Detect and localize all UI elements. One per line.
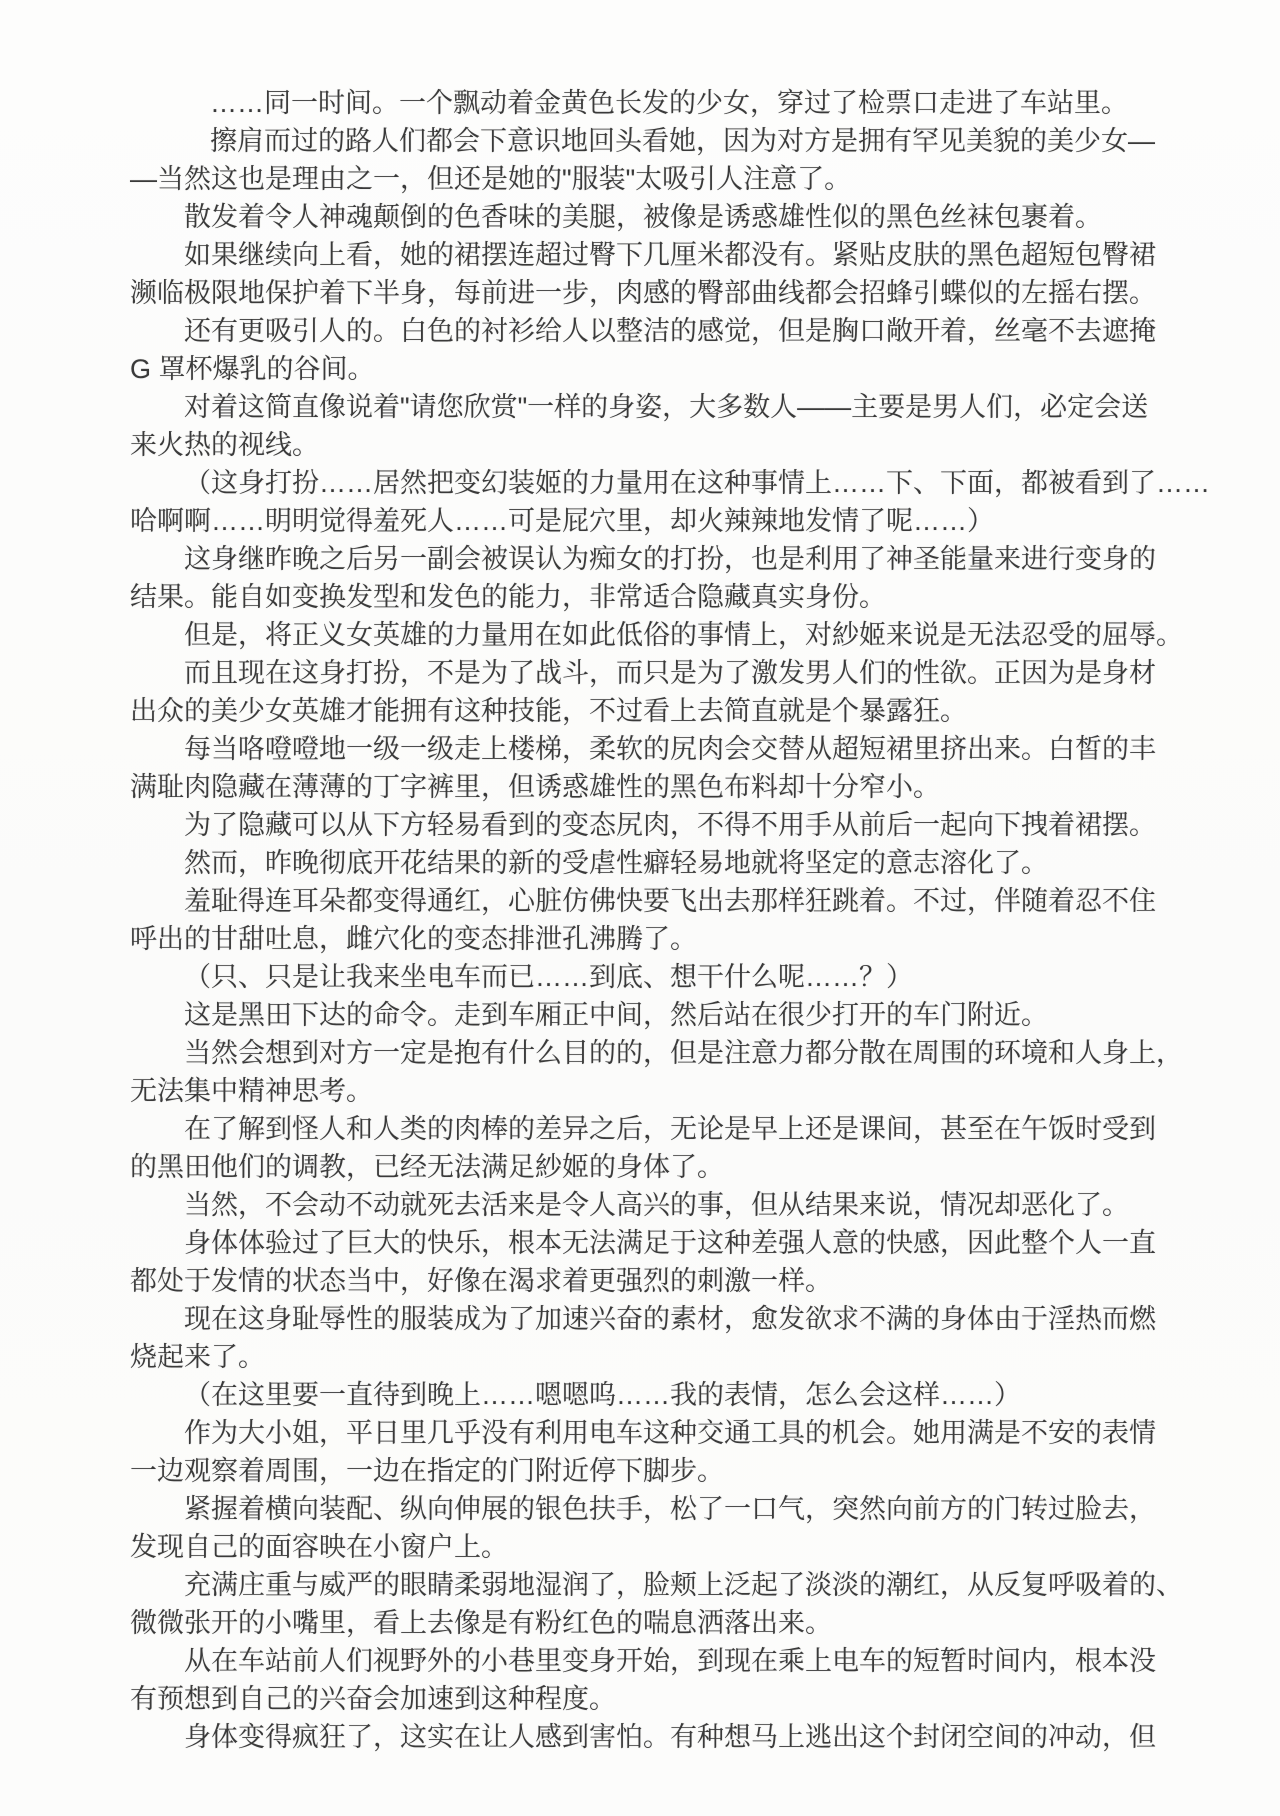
text-line: 这是黑田下达的命令。走到车厢正中间，然后站在很少打开的车门附近。	[130, 996, 1170, 1034]
text-line: 当然，不会动不动就死去活来是令人高兴的事，但从结果来说，情况却恶化了。	[130, 1186, 1170, 1224]
text-line: 哈啊啊……明明觉得羞死人……可是屁穴里，却火辣辣地发情了呢……）	[130, 502, 1170, 540]
text-line: （只、只是让我来坐电车而已……到底、想干什么呢……？）	[130, 958, 1170, 996]
text-line: G 罩杯爆乳的谷间。	[130, 350, 1170, 388]
text-line: 作为大小姐，平日里几乎没有利用电车这种交通工具的机会。她用满是不安的表情	[130, 1414, 1170, 1452]
text-line: ……同一时间。一个飘动着金黄色长发的少女，穿过了检票口走进了车站里。	[130, 84, 1170, 122]
text-line: 如果继续向上看，她的裙摆连超过臀下几厘米都没有。紧贴皮肤的黑色超短包臀裙	[130, 236, 1170, 274]
novel-page: ……同一时间。一个飘动着金黄色长发的少女，穿过了检票口走进了车站里。擦肩而过的路…	[0, 0, 1280, 1816]
text-line: 还有更吸引人的。白色的衬衫给人以整洁的感觉，但是胸口敞开着，丝毫不去遮掩	[130, 312, 1170, 350]
text-line: 发现自己的面容映在小窗户上。	[130, 1528, 1170, 1566]
text-line: —当然这也是理由之一，但还是她的"服装"太吸引人注意了。	[130, 160, 1170, 198]
text-line: 而且现在这身打扮，不是为了战斗，而只是为了激发男人们的性欲。正因为是身材	[130, 654, 1170, 692]
text-line: 在了解到怪人和人类的肉棒的差异之后，无论是早上还是课间，甚至在午饭时受到	[130, 1110, 1170, 1148]
text-line: 紧握着横向装配、纵向伸展的银色扶手，松了一口气，突然向前方的门转过脸去，	[130, 1490, 1170, 1528]
text-line: 呼出的甘甜吐息，雌穴化的变态排泄孔沸腾了。	[130, 920, 1170, 958]
text-line: 濒临极限地保护着下半身，每前进一步，肉感的臀部曲线都会招蜂引蝶似的左摇右摆。	[130, 274, 1170, 312]
text-line: 从在车站前人们视野外的小巷里变身开始，到现在乘上电车的短暂时间内，根本没	[130, 1642, 1170, 1680]
text-line: 微微张开的小嘴里，看上去像是有粉红色的喘息洒落出来。	[130, 1604, 1170, 1642]
text-line: 一边观察着周围，一边在指定的门附近停下脚步。	[130, 1452, 1170, 1490]
text-line: 满耻肉隐藏在薄薄的丁字裤里，但诱惑雄性的黑色布料却十分窄小。	[130, 768, 1170, 806]
text-line: 每当咯噔噔地一级一级走上楼梯，柔软的尻肉会交替从超短裙里挤出来。白皙的丰	[130, 730, 1170, 768]
text-line: 来火热的视线。	[130, 426, 1170, 464]
text-line: 结果。能自如变换发型和发色的能力，非常适合隐藏真实身份。	[130, 578, 1170, 616]
text-line: 然而，昨晚彻底开花结果的新的受虐性癖轻易地就将坚定的意志溶化了。	[130, 844, 1170, 882]
novel-text-block: ……同一时间。一个飘动着金黄色长发的少女，穿过了检票口走进了车站里。擦肩而过的路…	[130, 84, 1170, 1756]
text-line: 烧起来了。	[130, 1338, 1170, 1376]
text-line: 但是，将正义女英雄的力量用在如此低俗的事情上，对紗姬来说是无法忍受的屈辱。	[130, 616, 1170, 654]
text-line: 这身继昨晚之后另一副会被误认为痴女的打扮，也是利用了神圣能量来进行变身的	[130, 540, 1170, 578]
text-line: 身体变得疯狂了，这实在让人感到害怕。有种想马上逃出这个封闭空间的冲动，但	[130, 1718, 1170, 1756]
text-line: 羞耻得连耳朵都变得通红，心脏仿佛快要飞出去那样狂跳着。不过，伴随着忍不住	[130, 882, 1170, 920]
text-line: 有预想到自己的兴奋会加速到这种程度。	[130, 1680, 1170, 1718]
text-line: （这身打扮……居然把变幻装姬的力量用在这种事情上……下、下面，都被看到了……	[130, 464, 1170, 502]
text-line: 出众的美少女英雄才能拥有这种技能，不过看上去简直就是个暴露狂。	[130, 692, 1170, 730]
text-line: （在这里要一直待到晚上……嗯嗯呜……我的表情，怎么会这样……）	[130, 1376, 1170, 1414]
text-line: 当然会想到对方一定是抱有什么目的的，但是注意力都分散在周围的环境和人身上，	[130, 1034, 1170, 1072]
text-line: 为了隐藏可以从下方轻易看到的变态尻肉，不得不用手从前后一起向下拽着裙摆。	[130, 806, 1170, 844]
text-line: 擦肩而过的路人们都会下意识地回头看她，因为对方是拥有罕见美貌的美少女—	[130, 122, 1170, 160]
text-line: 散发着令人神魂颠倒的色香味的美腿，被像是诱惑雄性似的黑色丝袜包裹着。	[130, 198, 1170, 236]
text-line: 现在这身耻辱性的服装成为了加速兴奋的素材，愈发欲求不满的身体由于淫热而燃	[130, 1300, 1170, 1338]
text-line: 身体体验过了巨大的快乐，根本无法满足于这种差强人意的快感，因此整个人一直	[130, 1224, 1170, 1262]
text-line: 的黑田他们的调教，已经无法满足紗姬的身体了。	[130, 1148, 1170, 1186]
text-line: 无法集中精神思考。	[130, 1072, 1170, 1110]
text-line: 都处于发情的状态当中，好像在渴求着更强烈的刺激一样。	[130, 1262, 1170, 1300]
text-line: 充满庄重与威严的眼睛柔弱地湿润了，脸颊上泛起了淡淡的潮红，从反复呼吸着的、	[130, 1566, 1170, 1604]
text-line: 对着这简直像说着"请您欣赏"一样的身姿，大多数人——主要是男人们，必定会送	[130, 388, 1170, 426]
